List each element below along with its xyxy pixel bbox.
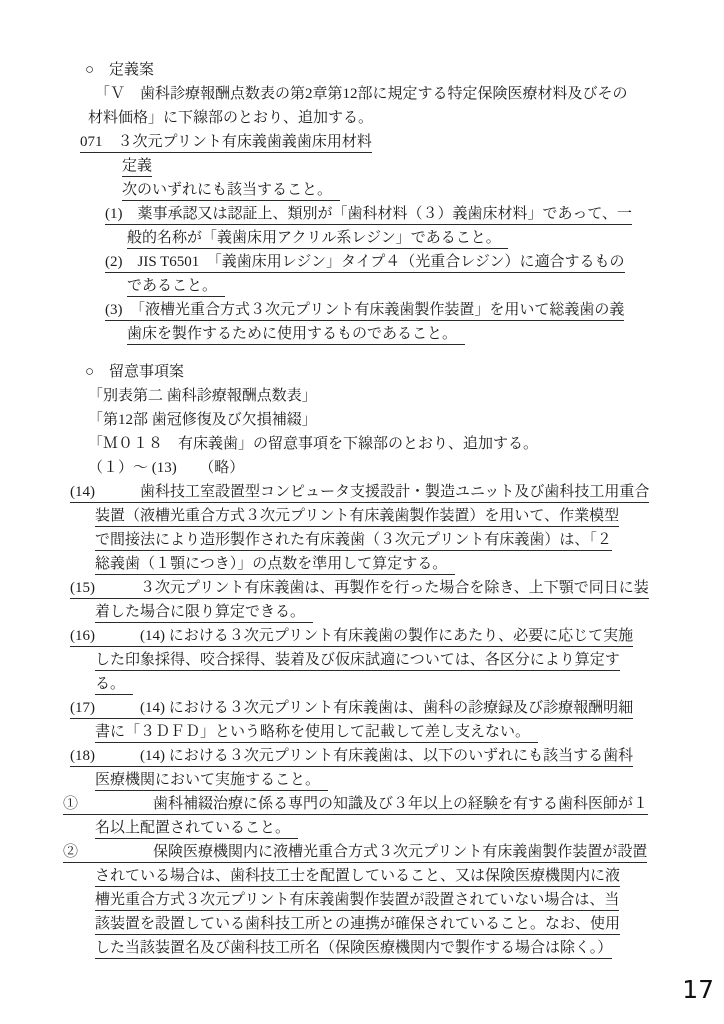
text-line: ① 歯科補綴治療に係る専門の知識及び３年以上の経験を有する歯科医師が１ — [63, 792, 724, 816]
text-line: した当該装置名及び歯科技工所名（保険医療機関内で製作する場合は除く。） — [95, 936, 724, 960]
underlined-text: (15) ３次元プリント有床義歯は、再製作を行った場合を除き、上下顎で同日に装 — [70, 580, 649, 599]
underlined-text: 着した場合に限り算定できる。 — [95, 604, 313, 623]
section-notes-proposal: ○ 留意事項案「別表第二 歯科診療報酬点数表」「第12部 歯冠修復及び欠損補綴」… — [0, 360, 724, 960]
underlined-text: (14) 歯科技工室設置型コンピュータ支援設計・製造ユニット及び歯科技工用重合 — [70, 484, 649, 503]
underlined-text: 該装置を設置している歯科技工所との連携が確保されていること。なお、使用 — [95, 916, 620, 935]
underlined-text: 医療機関において実施すること。 — [95, 772, 328, 791]
text-line: 医療機関において実施すること。 — [95, 768, 724, 792]
plain-text: ○ 留意事項案 — [85, 364, 184, 380]
underlined-text: 槽光重合方式３次元プリント有床義歯製作装置が設置されていない場合は、当 — [95, 892, 619, 911]
underlined-text: ① 歯科補綴治療に係る専門の知識及び３年以上の経験を有する歯科医師が１ — [63, 796, 648, 815]
plain-text: 「Ｍ０１８ 有床義歯」の留意事項を下線部のとおり、追加する。 — [88, 436, 538, 452]
text-line: (14) 歯科技工室設置型コンピュータ支援設計・製造ユニット及び歯科技工用重合 — [70, 480, 724, 504]
underlined-text: (17) (14) における３次元プリント有床義歯は、歯科の診療録及び診療報酬明… — [70, 700, 633, 719]
page-number: 17 — [682, 975, 714, 1004]
text-line: ○ 定義案 — [85, 58, 724, 82]
text-line: 名以上配置されていること。 — [95, 816, 724, 840]
underlined-text: ② 保険医療機関内に液槽光重合方式３次元プリント有床義歯製作装置が設置 — [63, 844, 647, 863]
underlined-text: (18) (14) における３次元プリント有床義歯は、以下のいずれにも該当する歯… — [70, 748, 633, 767]
underlined-text: した印象採得、咬合採得、装着及び仮床試適については、各区分により算定す — [95, 652, 620, 671]
text-line: 071 ３次元プリント有床義歯義歯床用材料 — [80, 130, 724, 154]
underlined-text: で間接法により造形製作された有床義歯（３次元プリント有床義歯）は、「２ — [95, 532, 612, 551]
underlined-text: 定義 — [122, 158, 152, 177]
underlined-text: る。 — [95, 676, 133, 695]
plain-text: 「第12部 歯冠修復及び欠損補綴」 — [88, 412, 317, 428]
text-line: 書に「３ＤＦＤ」という略称を使用して記載して差し支えない。 — [95, 720, 724, 744]
text-line: ② 保険医療機関内に液槽光重合方式３次元プリント有床義歯製作装置が設置 — [63, 840, 724, 864]
text-line: 総義歯（１顎につき）」の点数を準用して算定する。 — [95, 552, 724, 576]
underlined-text: 071 ３次元プリント有床義歯義歯床用材料 — [80, 134, 372, 153]
text-line: 槽光重合方式３次元プリント有床義歯製作装置が設置されていない場合は、当 — [95, 888, 724, 912]
underlined-text: した当該装置名及び歯科技工所名（保険医療機関内で製作する場合は除く。） — [95, 940, 612, 959]
text-line: 歯床を製作するために使用するものであること。 — [127, 322, 724, 346]
text-line: (16) (14) における３次元プリント有床義歯の製作にあたり、必要に応じて実… — [70, 624, 724, 648]
text-line: 定義 — [122, 154, 724, 178]
text-line: る。 — [95, 672, 724, 696]
text-line: 次のいずれにも該当すること。 — [122, 178, 724, 202]
plain-text: ○ 定義案 — [85, 62, 154, 78]
text-line: (3) 「液槽光重合方式３次元プリント有床義歯製作装置」を用いて総義歯の義 — [105, 298, 724, 322]
text-line: (2) JIS T6501 「義歯床用レジン」タイプ４（光重合レジン）に適合する… — [105, 250, 724, 274]
text-line: 「別表第二 歯科診療報酬点数表」 — [88, 384, 724, 408]
text-line: (18) (14) における３次元プリント有床義歯は、以下のいずれにも該当する歯… — [70, 744, 724, 768]
text-line: であること。 — [127, 274, 724, 298]
underlined-text: 次のいずれにも該当すること。 — [122, 182, 340, 201]
underlined-text: (3) 「液槽光重合方式３次元プリント有床義歯製作装置」を用いて総義歯の義 — [105, 302, 624, 321]
section-definition-proposal: ○ 定義案「Ｖ 歯科診療報酬点数表の第2章第12部に規定する特定保険医療材料及び… — [0, 58, 724, 346]
underlined-text: 書に「３ＤＦＤ」という略称を使用して記載して差し支えない。 — [95, 724, 538, 743]
text-line: した印象採得、咬合採得、装着及び仮床試適については、各区分により算定す — [95, 648, 724, 672]
document-body: ○ 定義案「Ｖ 歯科診療報酬点数表の第2章第12部に規定する特定保険医療材料及び… — [0, 58, 724, 960]
text-line: 「Ｍ０１８ 有床義歯」の留意事項を下線部のとおり、追加する。 — [88, 432, 724, 456]
text-line: で間接法により造形製作された有床義歯（３次元プリント有床義歯）は、「２ — [95, 528, 724, 552]
plain-text: （１）～ (13) （略） — [88, 460, 244, 476]
underlined-text: 名以上配置されていること。 — [95, 820, 298, 839]
plain-text: 「Ｖ 歯科診療報酬点数表の第2章第12部に規定する特定保険医療材料及びその — [95, 86, 628, 102]
underlined-text: (2) JIS T6501 「義歯床用レジン」タイプ４（光重合レジン）に適合する… — [105, 254, 625, 273]
text-line: （１）～ (13) （略） — [88, 456, 724, 480]
underlined-text: 歯床を製作するために使用するものであること。 — [127, 326, 465, 345]
underlined-text: 装置（液槽光重合方式３次元プリント有床義歯製作装置）を用いて、作業模型 — [95, 508, 619, 527]
text-line: (1) 薬事承認又は認証上、類別が「歯科材料（３）義歯床材料」であって、一 — [105, 202, 724, 226]
text-line: (17) (14) における３次元プリント有床義歯は、歯科の診療録及び診療報酬明… — [70, 696, 724, 720]
plain-text: 材料価格」に下線部のとおり、追加する。 — [88, 110, 373, 126]
text-line: ○ 留意事項案 — [85, 360, 724, 384]
text-line: 装置（液槽光重合方式３次元プリント有床義歯製作装置）を用いて、作業模型 — [95, 504, 724, 528]
text-line: 着した場合に限り算定できる。 — [95, 600, 724, 624]
underlined-text: されている場合は、歯科技工士を配置していること、又は保険医療機関内に液 — [95, 868, 620, 887]
text-line: (15) ３次元プリント有床義歯は、再製作を行った場合を除き、上下顎で同日に装 — [70, 576, 724, 600]
underlined-text: 総義歯（１顎につき）」の点数を準用して算定する。 — [95, 556, 455, 575]
underlined-text: 般的名称が「義歯床用アクリル系レジン」であること。 — [127, 230, 508, 249]
text-line: 材料価格」に下線部のとおり、追加する。 — [88, 106, 724, 130]
underlined-text: (16) (14) における３次元プリント有床義歯の製作にあたり、必要に応じて実… — [70, 628, 633, 647]
text-line: 「第12部 歯冠修復及び欠損補綴」 — [88, 408, 724, 432]
text-line: 該装置を設置している歯科技工所との連携が確保されていること。なお、使用 — [95, 912, 724, 936]
text-line: 「Ｖ 歯科診療報酬点数表の第2章第12部に規定する特定保険医療材料及びその — [95, 82, 724, 106]
underlined-text: であること。 — [127, 278, 225, 297]
text-line: されている場合は、歯科技工士を配置していること、又は保険医療機関内に液 — [95, 864, 724, 888]
underlined-text: (1) 薬事承認又は認証上、類別が「歯科材料（３）義歯床材料」であって、一 — [105, 206, 632, 225]
plain-text: 「別表第二 歯科診療報酬点数表」 — [88, 388, 317, 404]
text-line: 般的名称が「義歯床用アクリル系レジン」であること。 — [127, 226, 724, 250]
